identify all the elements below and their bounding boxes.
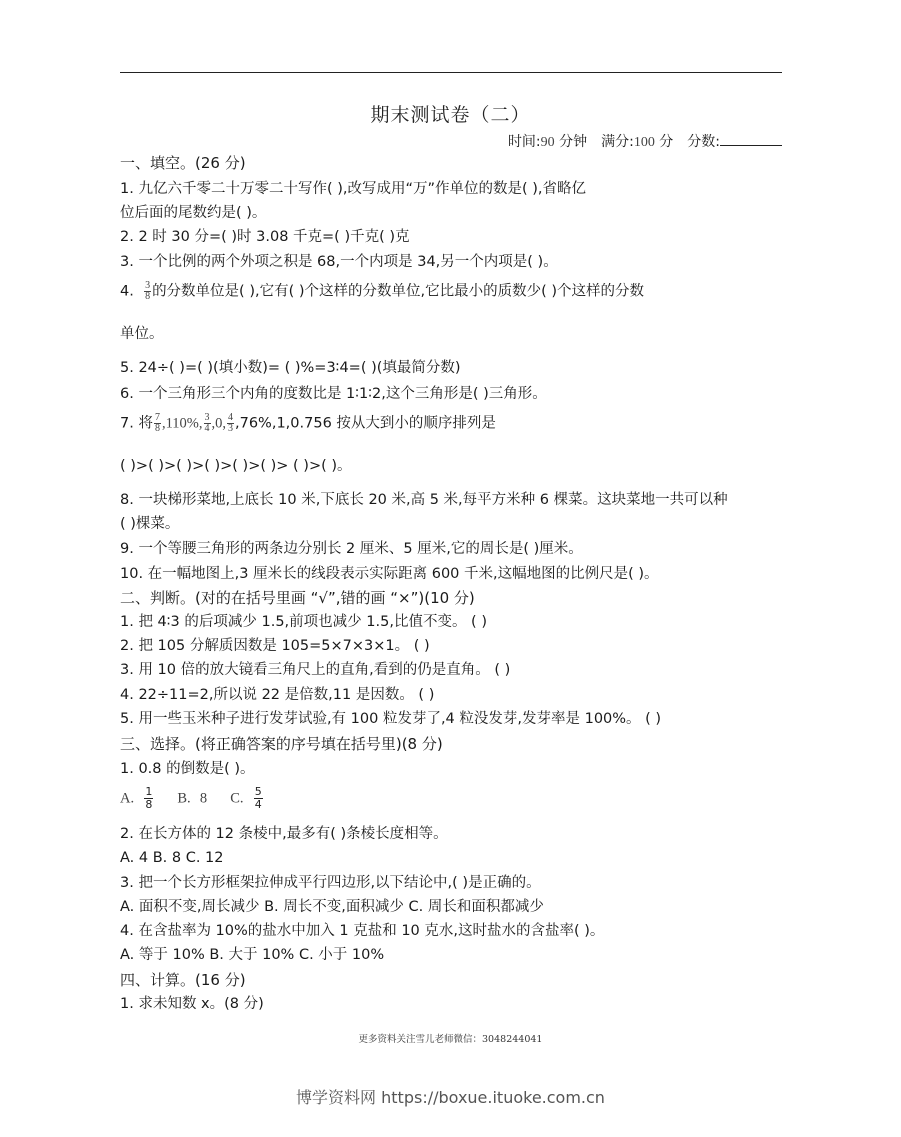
score-label: 分数: bbox=[687, 134, 720, 150]
full-score-value: 100 bbox=[634, 135, 655, 150]
section-heading-calc: 四、计算。(16 分) bbox=[120, 971, 246, 989]
choice-q3-options: A. 面积不变,周长减少 B. 周长不变,面积减少 C. 周长和面积都减少 bbox=[120, 898, 544, 916]
fill-q7-answer-row: ( )>( )>( )>( )>( )>( )> ( )>( )。 bbox=[120, 457, 352, 475]
watermark: 博学资料网 https://boxue.ituoke.com.cn bbox=[0, 1085, 901, 1108]
time-unit: 分钟 bbox=[559, 134, 587, 150]
denominator: 3 bbox=[228, 424, 233, 434]
choice-q3: 3. 把一个长方形框架拉伸成平行四边形,以下结论中,( )是正确的。 bbox=[120, 874, 541, 892]
fraction-7-8: 78 bbox=[154, 413, 161, 434]
denominator: 8 bbox=[155, 424, 160, 434]
judge-q4: 4. 22÷11=2,所以说 22 是倍数,11 是因数。 ( ) bbox=[120, 686, 434, 704]
choice-q4: 4. 在含盐率为 10%的盐水中加入 1 克盐和 10 克水,这时盐水的含盐率(… bbox=[120, 922, 604, 940]
fill-q4: 4. 38的分数单位是( ),它有( )个这样的分数单位,它比最小的质数少( )… bbox=[120, 281, 644, 302]
choice-q1-options: A. 18 B. 8 C. 54 bbox=[120, 786, 264, 811]
option-a-label: A. bbox=[120, 791, 134, 807]
fraction-4-3: 43 bbox=[227, 413, 234, 434]
option-c-label: C. bbox=[230, 791, 243, 807]
choice-q4-options: A. 等于 10% B. 大于 10% C. 小于 10% bbox=[120, 946, 384, 964]
fill-q6: 6. 一个三角形三个内角的度数比是 1∶1∶2,这个三角形是( )三角形。 bbox=[120, 385, 547, 403]
fraction-1-8: 18 bbox=[144, 786, 153, 811]
judge-q5: 5. 用一些玉米种子进行发芽试验,有 100 粒发芽了,4 粒没发芽,发芽率是 … bbox=[120, 710, 661, 728]
full-score-label: 满分: bbox=[601, 134, 634, 150]
section-heading-judge: 二、判断。(对的在括号里画 “√”,错的画 “×”)(10 分) bbox=[120, 589, 475, 607]
denominator: 8 bbox=[145, 292, 150, 302]
q7-mid1: ,110%, bbox=[162, 416, 203, 432]
q7-prefix: 7. 将 bbox=[120, 416, 153, 432]
q4-text: 的分数单位是( ),它有( )个这样的分数单位,它比最小的质数少( )个这样的分… bbox=[152, 284, 644, 300]
full-score-info: 满分:100 分 bbox=[601, 131, 673, 151]
judge-q2: 2. 把 105 分解质因数是 105=5×7×3×1。 ( ) bbox=[120, 637, 430, 655]
fill-q1-line1: 1. 九亿六千零二十万零二十写作( ),改写成用“万”作单位的数是( ),省略亿 bbox=[120, 180, 586, 198]
score-blank[interactable] bbox=[720, 131, 782, 146]
full-score-unit: 分 bbox=[659, 134, 673, 150]
fraction-5-4: 54 bbox=[254, 786, 263, 811]
score-field: 分数: bbox=[687, 131, 782, 151]
option-b-value: 8 bbox=[200, 791, 207, 807]
fill-q9: 9. 一个等腰三角形的两条边分别长 2 厘米、5 厘米,它的周长是( )厘米。 bbox=[120, 540, 583, 558]
time-value: 90 bbox=[541, 135, 555, 150]
option-b-label: B. bbox=[177, 791, 190, 807]
section-heading-fill: 一、填空。(26 分) bbox=[120, 154, 246, 172]
fill-q8-line1: 8. 一块梯形菜地,上底长 10 米,下底长 20 米,高 5 米,每平方米种 … bbox=[120, 491, 728, 509]
exam-meta: 时间:90 分钟 满分:100 分 分数: bbox=[508, 131, 782, 151]
footer-note: 更多资料关注雪儿老师微信：3048244041 bbox=[0, 1031, 901, 1045]
fill-q4-line2: 单位。 bbox=[120, 325, 164, 343]
fraction-3-4: 34 bbox=[204, 413, 211, 434]
time-info: 时间:90 分钟 bbox=[508, 131, 587, 151]
page-title: 期末测试卷（二） bbox=[0, 100, 901, 127]
choice-q2-options: A. 4 B. 8 C. 12 bbox=[120, 849, 224, 867]
choice-q1: 1. 0.8 的倒数是( )。 bbox=[120, 760, 255, 778]
judge-q1: 1. 把 4∶3 的后项减少 1.5,前项也减少 1.5,比值不变。 ( ) bbox=[120, 613, 487, 631]
time-label: 时间: bbox=[508, 134, 541, 150]
fill-q2: 2. 2 时 30 分=( )时 3.08 千克=( )千克( )克 bbox=[120, 228, 410, 246]
judge-q3: 3. 用 10 倍的放大镜看三角尺上的直角,看到的仍是直角。 ( ) bbox=[120, 661, 510, 679]
top-rule bbox=[120, 72, 782, 73]
denominator: 4 bbox=[205, 424, 210, 434]
q7-suffix: ,76%,1,0.756 按从大到小的顺序排列是 bbox=[235, 416, 496, 432]
denominator: 8 bbox=[145, 799, 152, 811]
fill-q5: 5. 24÷( )=( )(填小数)= ( )%=3∶4=( )(填最简分数) bbox=[120, 359, 461, 377]
denominator: 4 bbox=[255, 799, 262, 811]
q7-mid2: ,0, bbox=[212, 416, 227, 432]
fill-q3: 3. 一个比例的两个外项之积是 68,一个内项是 34,另一个内项是( )。 bbox=[120, 253, 558, 271]
fill-q8-line2: ( )棵菜。 bbox=[120, 515, 179, 533]
fill-q7: 7. 将78,110%,34,0,43,76%,1,0.756 按从大到小的顺序… bbox=[120, 413, 496, 434]
fraction-3-8: 38 bbox=[144, 281, 151, 302]
choice-q2: 2. 在长方体的 12 条棱中,最多有( )条棱长度相等。 bbox=[120, 825, 448, 843]
q4-number: 4. bbox=[120, 284, 134, 300]
fill-q10: 10. 在一幅地图上,3 厘米长的线段表示实际距离 600 千米,这幅地图的比例… bbox=[120, 565, 659, 583]
fill-q1-line2: 位后面的尾数约是( )。 bbox=[120, 204, 266, 222]
section-heading-choice: 三、选择。(将正确答案的序号填在括号里)(8 分) bbox=[120, 735, 443, 753]
calc-q1: 1. 求未知数 x。(8 分) bbox=[120, 995, 264, 1013]
